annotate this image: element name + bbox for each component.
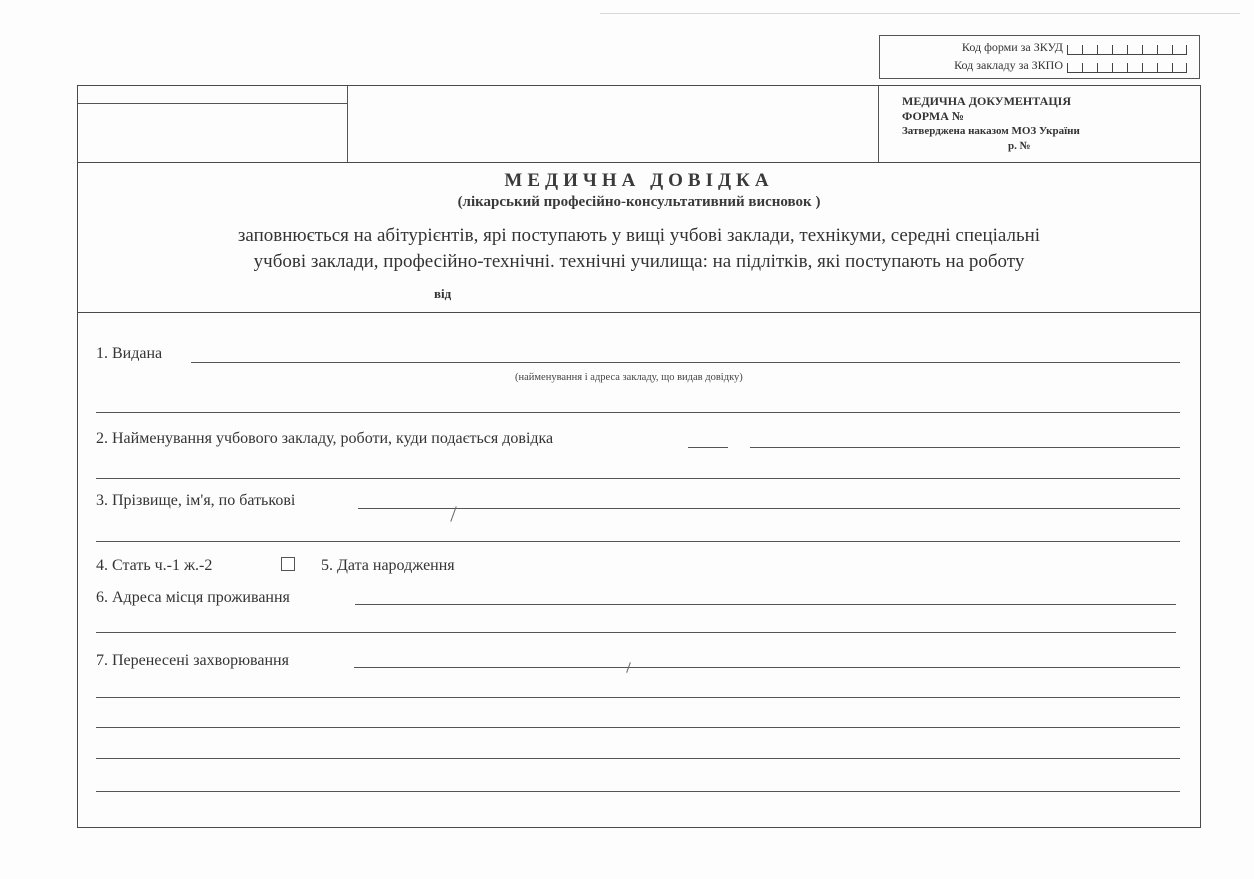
code-cell[interactable] [1097,45,1112,55]
code-cell[interactable] [1112,63,1127,73]
description-line-1: заповнюється на абітурієнтів, ярі поступ… [78,223,1200,249]
form-number: ФОРМА № [902,109,1200,124]
diseases-label: 7. Перенесені захворювання [96,652,289,670]
code-cell[interactable] [1067,45,1082,55]
code-cell[interactable] [1157,63,1172,73]
diseases-field-line-5[interactable] [96,791,1180,792]
birth-date-label: 5. Дата народження [321,557,455,575]
sex-label: 4. Стать ч.-1 ж.-2 [96,557,212,575]
diseases-field-line-4[interactable] [96,758,1180,759]
document-description: заповнюється на абітурієнтів, ярі поступ… [78,223,1200,275]
address-label: 6. Адреса місця проживання [96,589,290,607]
from-label: від [434,286,451,302]
full-name-field-line-2[interactable] [96,541,1180,542]
institution-label: 2. Найменування учбового закладу, роботи… [96,430,553,448]
title-block: МЕДИЧНА ДОВІДКА (лікарський професійно-к… [78,163,1200,313]
approval-year-number: р. № [902,139,1200,154]
body-divider [78,312,1200,313]
full-name-field[interactable] [358,508,1180,509]
issued-hint: (найменування і адреса закладу, що видав… [515,372,743,383]
code-cell[interactable] [1157,45,1172,55]
document-subtitle: (лікарський професійно-консультативний в… [78,194,1200,211]
form-code-row: Код форми за ЗКУД [962,40,1187,55]
address-field-line-2[interactable] [96,632,1176,633]
form-code-label: Код форми за ЗКУД [962,40,1063,55]
code-box: Код форми за ЗКУД Код закладу за ЗКПО [879,35,1200,79]
scan-edge [600,13,1240,14]
code-cell[interactable] [1172,63,1187,73]
issued-label: 1. Видана [96,345,162,363]
form-frame: МЕДИЧНА ДОКУМЕНТАЦІЯ ФОРМА № Затверджена… [77,85,1201,828]
code-cell[interactable] [1112,45,1127,55]
approval-order: Затверджена наказом МОЗ України [902,124,1200,139]
full-name-label: 3. Прізвище, ім'я, по батькові [96,492,295,510]
diseases-field-line-3[interactable] [96,727,1180,728]
sex-checkbox[interactable] [281,557,295,571]
institution-code-cells[interactable] [1067,61,1187,73]
description-line-2: учбові заклади, професійно-технічні. тех… [78,249,1200,275]
code-cell[interactable] [1142,63,1157,73]
diseases-field-line-2[interactable] [96,697,1180,698]
institution-field[interactable] [750,447,1180,448]
code-cell[interactable] [1127,45,1142,55]
document-title: МЕДИЧНА ДОВІДКА [78,170,1200,192]
issued-field[interactable] [191,362,1180,363]
institution-field-short[interactable] [688,447,728,448]
code-cell[interactable] [1067,63,1082,73]
form-code-cells[interactable] [1067,43,1187,55]
header-stamp-cell-top [78,86,348,104]
institution-code-label: Код закладу за ЗКПО [954,58,1063,73]
institution-field-line-2[interactable] [96,478,1180,479]
header-documentation-info: МЕДИЧНА ДОКУМЕНТАЦІЯ ФОРМА № Затверджена… [879,86,1200,162]
code-cell[interactable] [1082,45,1097,55]
documentation-heading: МЕДИЧНА ДОКУМЕНТАЦІЯ [902,94,1200,109]
header-stamp-cell [78,104,348,162]
diseases-field[interactable] [354,667,1180,668]
issued-field-line-2[interactable] [96,412,1180,413]
code-cell[interactable] [1082,63,1097,73]
header-middle-cell [348,86,879,162]
institution-code-row: Код закладу за ЗКПО [954,58,1187,73]
address-field[interactable] [355,604,1176,605]
code-cell[interactable] [1172,45,1187,55]
code-cell[interactable] [1127,63,1142,73]
code-cell[interactable] [1142,45,1157,55]
code-cell[interactable] [1097,63,1112,73]
